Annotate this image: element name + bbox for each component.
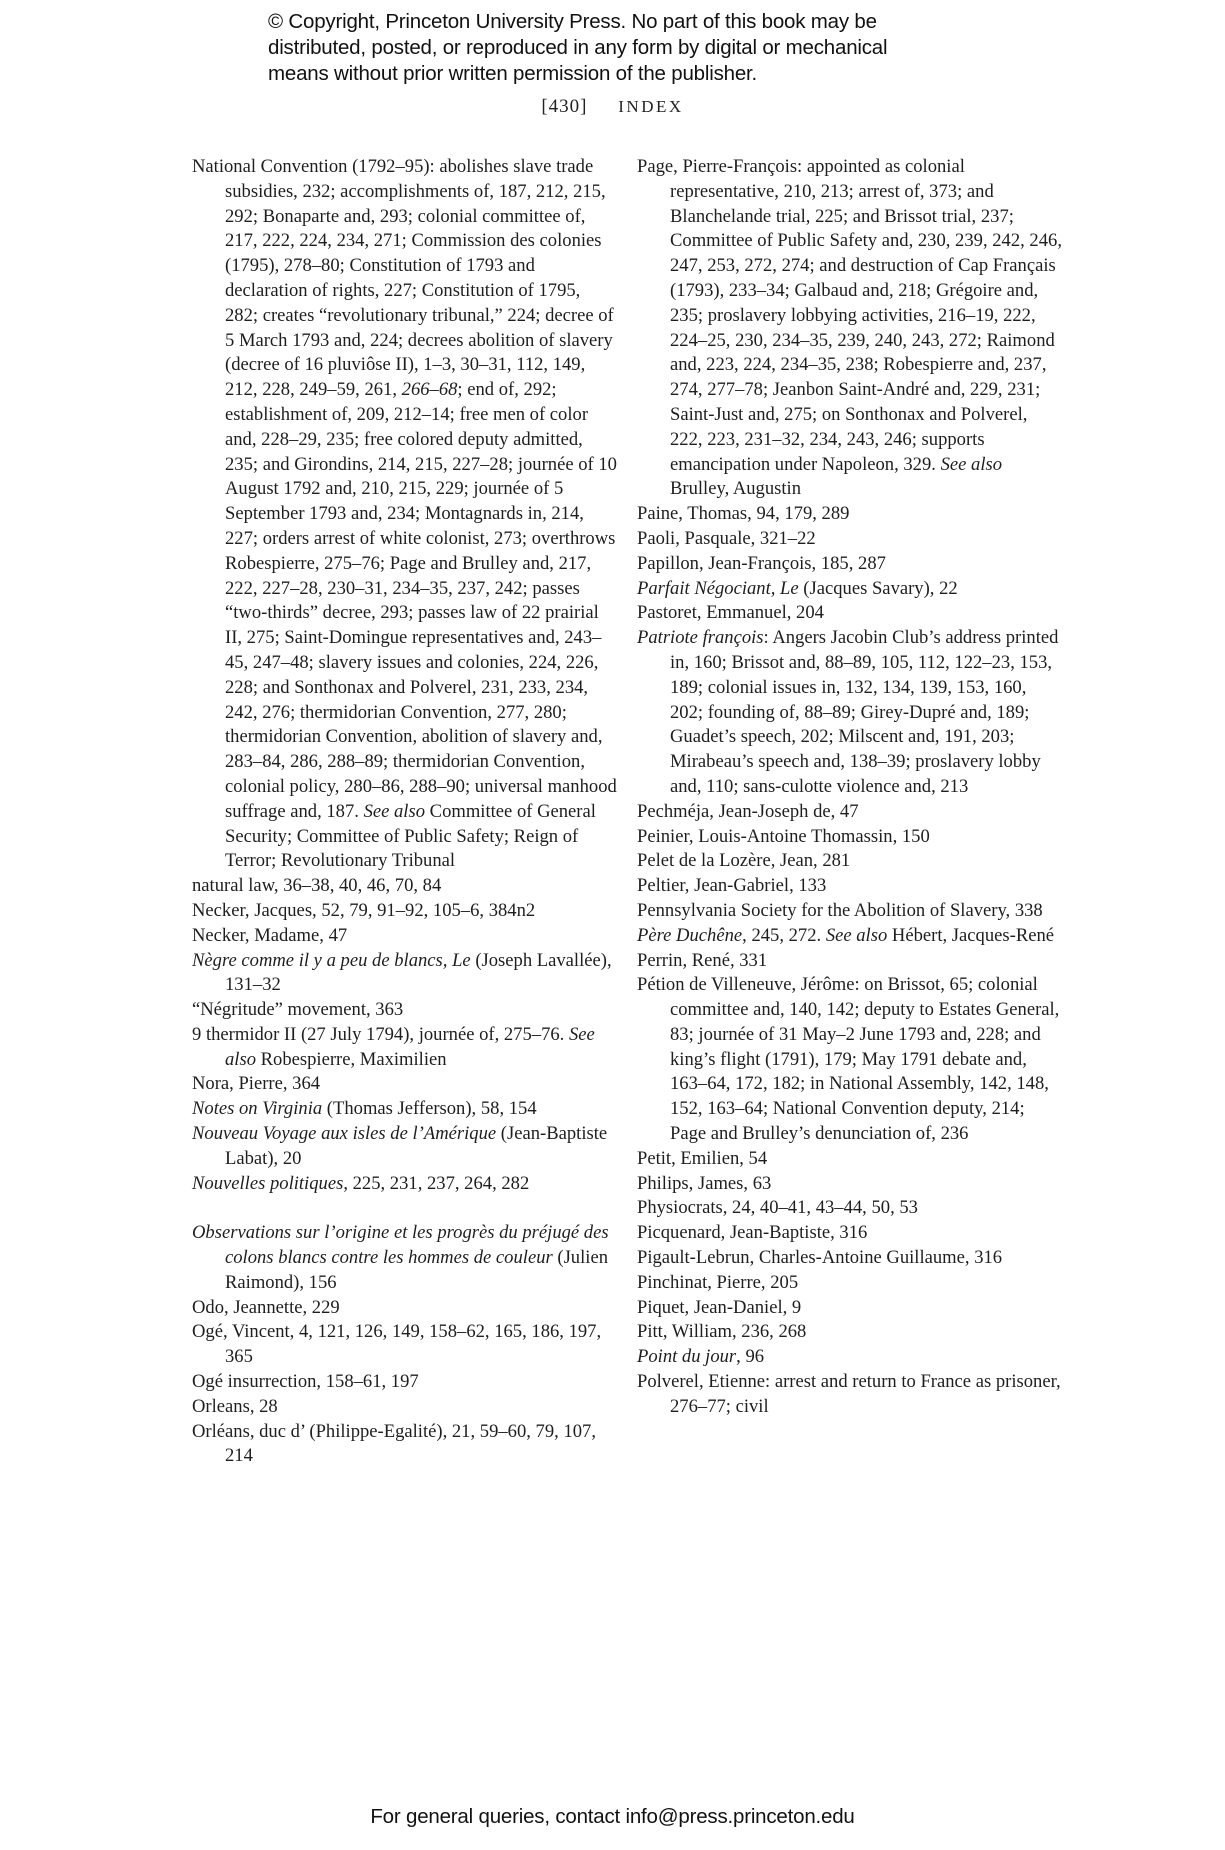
entry-text: “Négritude” movement, 363 bbox=[192, 999, 403, 1020]
index-entry: Page, Pierre-François: appointed as colo… bbox=[637, 155, 1062, 502]
index-entry: Odo, Jeannette, 229 bbox=[192, 1296, 617, 1321]
index-entry: Notes on Virginia (Thomas Jefferson), 58… bbox=[192, 1097, 617, 1122]
entry-text: natural law, 36–38, 40, 46, 70, 84 bbox=[192, 875, 441, 896]
entry-text: : Angers Jacobin Club’s address printed … bbox=[670, 627, 1058, 797]
entry-text: Necker, Jacques, 52, 79, 91–92, 105–6, 3… bbox=[192, 900, 535, 921]
index-entry: Patriote françois: Angers Jacobin Club’s… bbox=[637, 626, 1062, 800]
entry-text: Orleans, 28 bbox=[192, 1396, 278, 1417]
index-entry: Nora, Pierre, 364 bbox=[192, 1072, 617, 1097]
entry-text: Paine, Thomas, 94, 179, 289 bbox=[637, 503, 849, 524]
entry-text: Ogé, Vincent, 4, 121, 126, 149, 158–62, … bbox=[192, 1321, 601, 1367]
index-entry: 9 thermidor II (27 July 1794), journée o… bbox=[192, 1023, 617, 1073]
entry-text: 9 thermidor II (27 July 1794), journée o… bbox=[192, 1024, 569, 1045]
index-entry: Piquet, Jean-Daniel, 9 bbox=[637, 1296, 1062, 1321]
italic-text: 266–68 bbox=[402, 379, 458, 400]
index-entry: Nègre comme il y a peu de blancs, Le (Jo… bbox=[192, 949, 617, 999]
entry-text: Ogé insurrection, 158–61, 197 bbox=[192, 1371, 419, 1392]
entry-text: Hébert, Jacques-René bbox=[887, 925, 1054, 946]
entry-text: Polverel, Etienne: arrest and return to … bbox=[637, 1371, 1061, 1417]
index-entry: Necker, Madame, 47 bbox=[192, 924, 617, 949]
italic-text: See also bbox=[364, 801, 425, 822]
entry-text: Pitt, William, 236, 268 bbox=[637, 1321, 806, 1342]
index-entry: Ogé, Vincent, 4, 121, 126, 149, 158–62, … bbox=[192, 1320, 617, 1370]
index-entry: Ogé insurrection, 158–61, 197 bbox=[192, 1370, 617, 1395]
index-entry: Peinier, Louis-Antoine Thomassin, 150 bbox=[637, 825, 1062, 850]
entry-text: Pennsylvania Society for the Abolition o… bbox=[637, 900, 1043, 921]
entry-text: Pastoret, Emmanuel, 204 bbox=[637, 602, 824, 623]
entry-text: Perrin, René, 331 bbox=[637, 950, 767, 971]
index-entry: Perrin, René, 331 bbox=[637, 949, 1062, 974]
running-head: [430] INDEX bbox=[0, 94, 1225, 120]
italic-text: Père Duchêne bbox=[637, 925, 742, 946]
index-entry: Parfait Négociant, Le (Jacques Savary), … bbox=[637, 577, 1062, 602]
index-entry: Polverel, Etienne: arrest and return to … bbox=[637, 1370, 1062, 1420]
entry-text: Paoli, Pasquale, 321–22 bbox=[637, 528, 816, 549]
index-entry: Observations sur l’origine et les progrè… bbox=[192, 1221, 617, 1295]
entry-text: Nora, Pierre, 364 bbox=[192, 1073, 320, 1094]
entry-text: Picquenard, Jean-Baptiste, 316 bbox=[637, 1222, 867, 1243]
index-entry: Orleans, 28 bbox=[192, 1395, 617, 1420]
index-entry: Papillon, Jean-François, 185, 287 bbox=[637, 552, 1062, 577]
index-entry: “Négritude” movement, 363 bbox=[192, 998, 617, 1023]
entry-text: Physiocrats, 24, 40–41, 43–44, 50, 53 bbox=[637, 1197, 918, 1218]
page-number: [430] bbox=[541, 96, 587, 117]
entry-text: Pigault-Lebrun, Charles-Antoine Guillaum… bbox=[637, 1247, 1002, 1268]
index-entry: Nouvelles politiques, 225, 231, 237, 264… bbox=[192, 1172, 617, 1197]
copyright-line: © Copyright, Princeton University Press.… bbox=[268, 9, 988, 35]
index-entry: Peltier, Jean-Gabriel, 133 bbox=[637, 874, 1062, 899]
entry-text: Papillon, Jean-François, 185, 287 bbox=[637, 553, 886, 574]
index-entry: Picquenard, Jean-Baptiste, 316 bbox=[637, 1221, 1062, 1246]
italic-text: Nouveau Voyage aux isles de l’Amérique bbox=[192, 1123, 496, 1144]
entry-text: (Jacques Savary), 22 bbox=[799, 578, 958, 599]
entry-text: National Convention (1792–95): abolishes… bbox=[192, 156, 614, 400]
index-entry: Pitt, William, 236, 268 bbox=[637, 1320, 1062, 1345]
copyright-line: distributed, posted, or reproduced in an… bbox=[268, 35, 988, 61]
italic-text: Nouvelles politiques bbox=[192, 1173, 343, 1194]
index-entry: Petit, Emilien, 54 bbox=[637, 1147, 1062, 1172]
index-entry: Pastoret, Emmanuel, 204 bbox=[637, 601, 1062, 626]
index-entry: Orléans, duc d’ (Philippe-Egalité), 21, … bbox=[192, 1420, 617, 1470]
index-column-right: Page, Pierre-François: appointed as colo… bbox=[637, 155, 1062, 1420]
entry-text: , 225, 231, 237, 264, 282 bbox=[343, 1173, 529, 1194]
entry-text: Robespierre, Maximilien bbox=[256, 1049, 447, 1070]
footer-contact: For general queries, contact info@press.… bbox=[0, 1804, 1225, 1830]
entry-text: Piquet, Jean-Daniel, 9 bbox=[637, 1297, 801, 1318]
index-entry: National Convention (1792–95): abolishes… bbox=[192, 155, 617, 874]
entry-text: Page, Pierre-François: appointed as colo… bbox=[637, 156, 1062, 475]
entry-text: Pechméja, Jean-Joseph de, 47 bbox=[637, 801, 859, 822]
index-entry: Pennsylvania Society for the Abolition o… bbox=[637, 899, 1062, 924]
italic-text: Patriote françois bbox=[637, 627, 764, 648]
index-entry: Paine, Thomas, 94, 179, 289 bbox=[637, 502, 1062, 527]
italic-text: Nègre comme il y a peu de blancs, Le bbox=[192, 950, 471, 971]
entry-text: , 245, 272. bbox=[742, 925, 826, 946]
index-entry: Nouveau Voyage aux isles de l’Amérique (… bbox=[192, 1122, 617, 1172]
index-entry: Physiocrats, 24, 40–41, 43–44, 50, 53 bbox=[637, 1196, 1062, 1221]
index-entry: Pinchinat, Pierre, 205 bbox=[637, 1271, 1062, 1296]
entry-text: Peltier, Jean-Gabriel, 133 bbox=[637, 875, 826, 896]
entry-text: , 96 bbox=[736, 1346, 764, 1367]
index-entry: Philips, James, 63 bbox=[637, 1172, 1062, 1197]
entry-text: Philips, James, 63 bbox=[637, 1173, 771, 1194]
entry-text: Necker, Madame, 47 bbox=[192, 925, 347, 946]
section-title: INDEX bbox=[618, 97, 683, 116]
entry-text: (Thomas Jefferson), 58, 154 bbox=[322, 1098, 536, 1119]
entry-text: Pinchinat, Pierre, 205 bbox=[637, 1272, 798, 1293]
italic-text: Observations sur l’origine et les progrè… bbox=[192, 1222, 609, 1268]
entry-text: ; end of, 292; establishment of, 209, 21… bbox=[225, 379, 617, 822]
entry-text: Odo, Jeannette, 229 bbox=[192, 1297, 340, 1318]
copyright-line: means without prior written permission o… bbox=[268, 61, 988, 87]
entry-text: Orléans, duc d’ (Philippe-Egalité), 21, … bbox=[192, 1421, 596, 1467]
italic-text: Notes on Virginia bbox=[192, 1098, 322, 1119]
index-entry: Pelet de la Lozère, Jean, 281 bbox=[637, 849, 1062, 874]
italic-text: See also bbox=[826, 925, 887, 946]
italic-text: Point du jour bbox=[637, 1346, 736, 1367]
index-entry: natural law, 36–38, 40, 46, 70, 84 bbox=[192, 874, 617, 899]
index-entry: Point du jour, 96 bbox=[637, 1345, 1062, 1370]
index-entry: Paoli, Pasquale, 321–22 bbox=[637, 527, 1062, 552]
entry-text: Petit, Emilien, 54 bbox=[637, 1148, 767, 1169]
index-entry: Necker, Jacques, 52, 79, 91–92, 105–6, 3… bbox=[192, 899, 617, 924]
entry-text: Pelet de la Lozère, Jean, 281 bbox=[637, 850, 850, 871]
italic-text: Parfait Négociant, Le bbox=[637, 578, 799, 599]
copyright-notice: © Copyright, Princeton University Press.… bbox=[268, 9, 988, 87]
italic-text: See also bbox=[941, 454, 1002, 475]
entry-text: Brulley, Augustin bbox=[670, 478, 801, 499]
entry-text: Peinier, Louis-Antoine Thomassin, 150 bbox=[637, 826, 930, 847]
entry-text: Pétion de Villeneuve, Jérôme: on Brissot… bbox=[637, 974, 1059, 1144]
index-column-left: National Convention (1792–95): abolishes… bbox=[192, 155, 617, 1469]
index-entry: Père Duchêne, 245, 272. See also Hébert,… bbox=[637, 924, 1062, 949]
index-entry: Pechméja, Jean-Joseph de, 47 bbox=[637, 800, 1062, 825]
index-entry: Pétion de Villeneuve, Jérôme: on Brissot… bbox=[637, 973, 1062, 1147]
index-entry: Pigault-Lebrun, Charles-Antoine Guillaum… bbox=[637, 1246, 1062, 1271]
